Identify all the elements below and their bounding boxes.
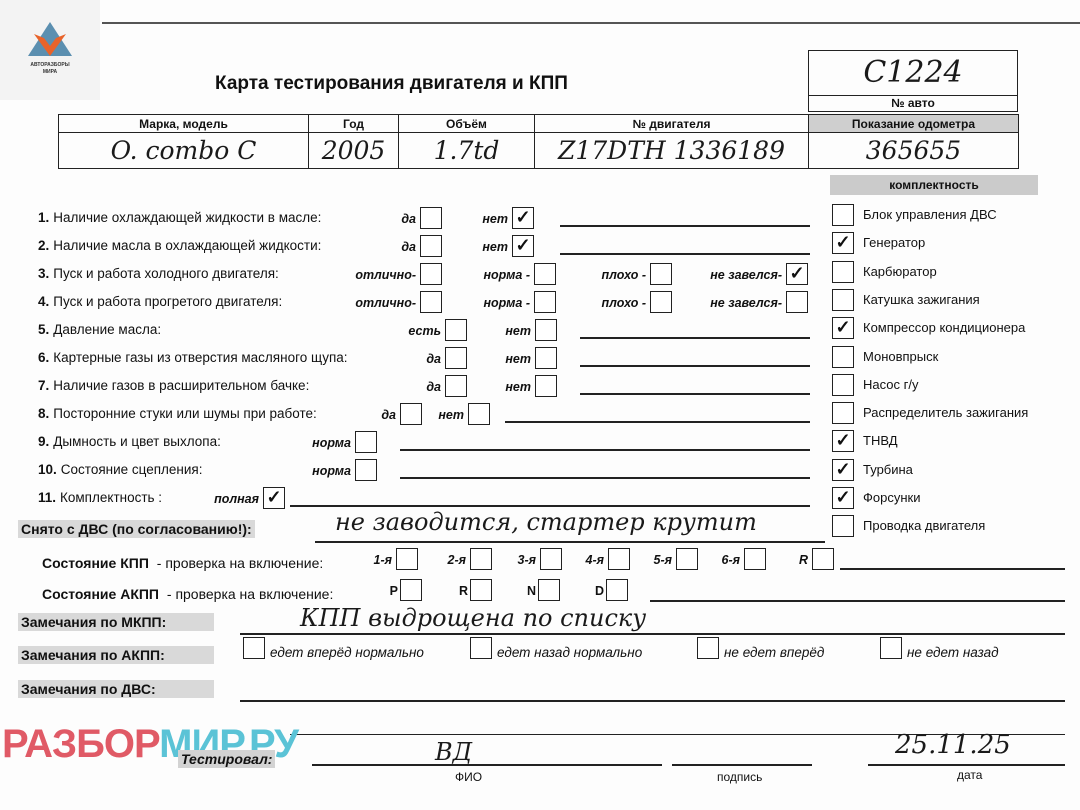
- akpp-gear-label: P: [360, 584, 398, 598]
- completeness-checkbox-5[interactable]: ✓: [832, 317, 854, 339]
- option-label: нет: [358, 408, 464, 422]
- option-label: отлично-: [310, 268, 416, 282]
- question-6: 6.Картерные газы из отверстия масляного …: [38, 350, 348, 365]
- completeness-item-label: Генератор: [863, 235, 925, 250]
- tested-label: Тестировал:: [178, 750, 275, 768]
- option-label: нет: [425, 352, 531, 366]
- question-text: Пуск и работа холодного двигателя:: [53, 266, 279, 281]
- question-notes-line: [400, 477, 810, 479]
- akpp-gear-label: N: [498, 584, 536, 598]
- question-8: 8.Посторонние стуки или шумы при работе:: [38, 406, 317, 421]
- question-number: 6.: [38, 350, 49, 365]
- check-mark-icon: ✓: [835, 487, 850, 507]
- question-number: 7.: [38, 378, 49, 393]
- kpp-line: [840, 568, 1065, 570]
- signature-line: [672, 764, 812, 766]
- option-label: нет: [402, 212, 508, 226]
- auto-number-value: C1224: [809, 51, 1017, 95]
- check-mark-icon: ✓: [835, 430, 850, 450]
- vehicle-info-table: Марка, модель Год Объём № двигателя Пока…: [58, 114, 1019, 169]
- akpp-gear-checkbox-1[interactable]: [400, 579, 422, 601]
- akpp-gear-checkbox-4[interactable]: [606, 579, 628, 601]
- completeness-item-label: Насос г/у: [863, 377, 918, 392]
- akpp-gear-checkbox-3[interactable]: [538, 579, 560, 601]
- check-mark-icon: ✓: [835, 459, 850, 479]
- option-label: да: [310, 212, 416, 226]
- removed-underline: [315, 541, 825, 543]
- akpp-gear-label: D: [566, 584, 604, 598]
- question-1: 1.Наличие охлаждающей жидкости в масле:: [38, 210, 321, 225]
- fio-caption: ФИО: [455, 770, 482, 784]
- kpp-gear-label: 4-я: [568, 553, 604, 567]
- question-1-option-2-checkbox[interactable]: ✓: [512, 207, 534, 229]
- completeness-checkbox-10[interactable]: ✓: [832, 459, 854, 481]
- kpp-label-bold: Состояние КПП: [42, 555, 149, 571]
- kpp-gear-checkbox-7[interactable]: [812, 548, 834, 570]
- question-text: Состояние сцепления:: [61, 462, 203, 477]
- question-10: 10.Состояние сцепления:: [38, 462, 203, 477]
- question-11-option-1-checkbox[interactable]: ✓: [263, 487, 285, 509]
- check-mark-icon: ✓: [835, 317, 850, 337]
- option-label: да: [310, 240, 416, 254]
- akpp-remark-checkbox-2[interactable]: [470, 637, 492, 659]
- akpp-remark-checkbox-3[interactable]: [697, 637, 719, 659]
- kpp-gear-checkbox-1[interactable]: [396, 548, 418, 570]
- kpp-label: Состояние КПП - проверка на включение:: [42, 555, 323, 571]
- completeness-checkbox-8[interactable]: [832, 402, 854, 424]
- question-notes-line: [560, 225, 810, 227]
- company-logo: АВТОРАЗБОРЫ МИРА: [0, 0, 100, 100]
- completeness-checkbox-9[interactable]: ✓: [832, 430, 854, 452]
- question-number: 8.: [38, 406, 49, 421]
- completeness-item-label: Катушка зажигания: [863, 292, 980, 307]
- question-2-option-2-checkbox[interactable]: ✓: [512, 235, 534, 257]
- logo-mountain-icon: [28, 22, 72, 60]
- completeness-checkbox-4[interactable]: [832, 289, 854, 311]
- question-number: 11.: [38, 490, 56, 505]
- option-label: норма -: [424, 268, 530, 282]
- akpp-label: Состояние АКПП - проверка на включение:: [42, 586, 333, 602]
- kpp-gear-label: R: [772, 553, 808, 567]
- col-header-volume: Объём: [399, 115, 535, 133]
- question-9-option-1-checkbox[interactable]: [355, 431, 377, 453]
- remarks-mkpp-underline: [240, 633, 1065, 635]
- volume-value[interactable]: 1.7td: [399, 133, 535, 169]
- question-6-option-2-checkbox[interactable]: [535, 347, 557, 369]
- kpp-gear-label: 3-я: [500, 553, 536, 567]
- question-number: 10.: [38, 462, 57, 477]
- option-label: не завелся-: [676, 296, 782, 310]
- kpp-gear-label: 5-я: [636, 553, 672, 567]
- option-label: не завелся-: [676, 268, 782, 282]
- completeness-item-label: Проводка двигателя: [863, 518, 985, 533]
- check-mark-icon: ✓: [515, 207, 530, 227]
- fio-line: [312, 764, 662, 766]
- option-label: отлично-: [310, 296, 416, 310]
- question-2: 2.Наличие масла в охлаждающей жидкости:: [38, 238, 321, 253]
- date-caption: дата: [957, 768, 982, 782]
- question-7-option-2-checkbox[interactable]: [535, 375, 557, 397]
- check-mark-icon: ✓: [266, 487, 281, 507]
- akpp-remark-label: не едет вперёд: [724, 645, 824, 660]
- completeness-item-label: Форсунки: [863, 490, 920, 505]
- question-notes-line: [290, 505, 810, 507]
- logo-text-line1: АВТОРАЗБОРЫ: [0, 62, 100, 68]
- question-number: 2.: [38, 238, 49, 253]
- question-4: 4.Пуск и работа прогретого двигателя:: [38, 294, 282, 309]
- engine-number-value[interactable]: Z17DTH 1336189: [535, 133, 809, 169]
- kpp-gear-label: 1-я: [356, 553, 392, 567]
- auto-number-box: C1224 № авто: [808, 50, 1018, 112]
- auto-number-label: № авто: [809, 95, 1017, 111]
- date-line: [868, 764, 1065, 766]
- option-label: полная: [153, 492, 259, 506]
- question-number: 4.: [38, 294, 49, 309]
- completeness-item-label: ТНВД: [863, 433, 898, 448]
- question-7: 7.Наличие газов в расширительном бачке:: [38, 378, 309, 393]
- akpp-line: [650, 600, 1065, 602]
- completeness-item-label: Карбюратор: [863, 264, 937, 279]
- kpp-gear-label: 6-я: [704, 553, 740, 567]
- kpp-gear-checkbox-2[interactable]: [470, 548, 492, 570]
- completeness-item-label: Распределитель зажигания: [863, 405, 1028, 420]
- question-10-option-1-checkbox[interactable]: [355, 459, 377, 481]
- check-mark-icon: ✓: [515, 235, 530, 255]
- akpp-gear-label: R: [430, 584, 468, 598]
- remarks-akpp-label: Замечания по АКПП:: [18, 646, 214, 664]
- akpp-remark-checkbox-1[interactable]: [243, 637, 265, 659]
- col-header-make-model: Марка, модель: [59, 115, 309, 133]
- question-text: Комплектность :: [60, 490, 162, 505]
- kpp-gear-checkbox-3[interactable]: [540, 548, 562, 570]
- check-mark-icon: ✓: [789, 263, 804, 283]
- akpp-remark-label: едет вперёд нормально: [270, 645, 424, 660]
- remarks-mkpp-label: Замечания по МКПП:: [18, 613, 214, 631]
- kpp-label-rest: - проверка на включение:: [153, 555, 323, 571]
- akpp-remark-label: не едет назад: [907, 645, 999, 660]
- question-8-option-2-checkbox[interactable]: [468, 403, 490, 425]
- kpp-gear-checkbox-4[interactable]: [608, 548, 630, 570]
- col-header-year: Год: [309, 115, 399, 133]
- question-3-option-4-checkbox[interactable]: ✓: [786, 263, 808, 285]
- question-notes-line: [580, 393, 810, 395]
- akpp-label-bold: Состояние АКПП: [42, 586, 159, 602]
- kpp-gear-label: 2-я: [430, 553, 466, 567]
- question-number: 1.: [38, 210, 49, 225]
- fio-value[interactable]: ВД: [435, 738, 472, 766]
- completeness-item-label: Турбина: [863, 462, 913, 477]
- question-5: 5.Давление масла:: [38, 322, 161, 337]
- question-11: 11.Комплектность :: [38, 490, 162, 505]
- top-divider: [102, 22, 1080, 24]
- odometer-value[interactable]: 365655: [809, 133, 1019, 169]
- option-label: нет: [402, 240, 508, 254]
- question-number: 5.: [38, 322, 49, 337]
- question-number: 3.: [38, 266, 49, 281]
- option-label: плохо -: [540, 296, 646, 310]
- question-4-option-3-checkbox[interactable]: [650, 291, 672, 313]
- question-3: 3.Пуск и работа холодного двигателя:: [38, 266, 279, 281]
- completeness-item-label: Моновпрыск: [863, 349, 938, 364]
- question-notes-line: [505, 421, 810, 423]
- completeness-checkbox-3[interactable]: [832, 261, 854, 283]
- removed-label: Снято с ДВС (по согласованию!):: [18, 520, 255, 538]
- completeness-checkbox-7[interactable]: [832, 374, 854, 396]
- option-label: нет: [425, 324, 531, 338]
- completeness-item-label: Блок управления ДВС: [863, 207, 997, 222]
- option-label: норма -: [424, 296, 530, 310]
- make-model-value[interactable]: O. combo C: [59, 133, 309, 169]
- question-4-option-4-checkbox[interactable]: [786, 291, 808, 313]
- date-value[interactable]: 25.11.25: [895, 730, 1011, 760]
- remarks-dvs-underline: [240, 700, 1065, 702]
- page-title: Карта тестирования двигателя и КПП: [215, 73, 568, 95]
- option-label: плохо -: [540, 268, 646, 282]
- check-mark-icon: ✓: [835, 232, 850, 252]
- akpp-remark-label: едет назад нормально: [497, 645, 642, 660]
- question-text: Картерные газы из отверстия масляного щу…: [53, 350, 347, 365]
- completeness-checkbox-6[interactable]: [832, 346, 854, 368]
- removed-value[interactable]: не заводится, стартер крутит: [335, 508, 757, 536]
- option-label: норма: [245, 464, 351, 478]
- col-header-engine-number: № двигателя: [535, 115, 809, 133]
- remarks-dvs-label: Замечания по ДВС:: [18, 680, 214, 698]
- kpp-gear-checkbox-6[interactable]: [744, 548, 766, 570]
- akpp-gear-checkbox-2[interactable]: [470, 579, 492, 601]
- option-label: норма: [245, 436, 351, 450]
- question-text: Посторонние стуки или шумы при работе:: [53, 406, 317, 421]
- question-text: Наличие охлаждающей жидкости в масле:: [53, 210, 321, 225]
- kpp-gear-checkbox-5[interactable]: [676, 548, 698, 570]
- remarks-mkpp-value[interactable]: КПП выдрощена по списку: [300, 604, 646, 632]
- completeness-item-label: Компрессор кондиционера: [863, 320, 1025, 335]
- year-value[interactable]: 2005: [309, 133, 399, 169]
- completeness-checkbox-11[interactable]: ✓: [832, 487, 854, 509]
- question-number: 9.: [38, 434, 49, 449]
- signature-caption: подпись: [717, 770, 762, 784]
- logo-text-line2: МИРА: [0, 69, 100, 75]
- completeness-checkbox-1[interactable]: [832, 204, 854, 226]
- question-text: Давление масла:: [53, 322, 161, 337]
- question-notes-line: [580, 337, 810, 339]
- completeness-checkbox-12[interactable]: [832, 515, 854, 537]
- question-text: Наличие газов в расширительном бачке:: [53, 378, 309, 393]
- col-header-odometer: Показание одометра: [809, 115, 1019, 133]
- question-text: Наличие масла в охлаждающей жидкости:: [53, 238, 321, 253]
- question-5-option-2-checkbox[interactable]: [535, 319, 557, 341]
- question-9: 9.Дымность и цвет выхлопа:: [38, 434, 221, 449]
- akpp-remark-checkbox-4[interactable]: [880, 637, 902, 659]
- completeness-header: комплектность: [830, 175, 1038, 195]
- question-text: Пуск и работа прогретого двигателя:: [53, 294, 282, 309]
- option-label: нет: [425, 380, 531, 394]
- question-3-option-3-checkbox[interactable]: [650, 263, 672, 285]
- question-notes-line: [400, 449, 810, 451]
- question-text: Дымность и цвет выхлопа:: [53, 434, 221, 449]
- completeness-checkbox-2[interactable]: ✓: [832, 232, 854, 254]
- akpp-label-rest: - проверка на включение:: [163, 586, 333, 602]
- question-notes-line: [580, 365, 810, 367]
- question-notes-line: [560, 253, 810, 255]
- watermark-part1: РАЗБОР: [2, 722, 159, 766]
